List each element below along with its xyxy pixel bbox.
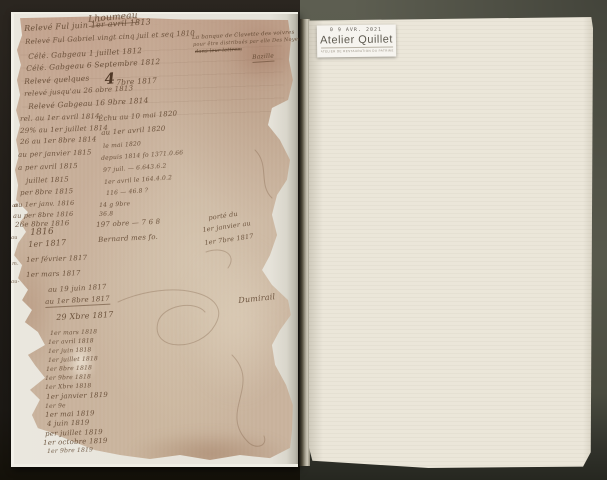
- handwriting-line: Bazille: [252, 53, 274, 63]
- archival-photo: LhoumeauRelevé Ful juin 1er avril 1813Re…: [0, 0, 607, 480]
- restoration-label: 0 9 AVR. 2021 Atelier Quillet ATELIER DE…: [317, 24, 396, 57]
- handwriting-line: 1816: [30, 228, 54, 238]
- handwriting-line: 4 juin 1819: [47, 420, 90, 428]
- handwriting-line: 36.8: [99, 211, 113, 218]
- handwriting-line: an: [12, 204, 19, 209]
- blank-right-page: [309, 17, 593, 468]
- studio-name: Atelier Quillet: [320, 33, 393, 46]
- handwriting-line: 1er 9e: [45, 403, 66, 410]
- handwriting-line: m.: [12, 262, 19, 267]
- date-stamp: 0 9 AVR. 2021: [330, 27, 382, 33]
- handwriting-line: au-: [11, 280, 20, 285]
- paper-stain: [128, 430, 293, 478]
- handwriting-line: juillet 1815: [26, 177, 69, 185]
- handwriting-line: au: [11, 236, 18, 241]
- page-edge-stack: [299, 19, 310, 466]
- handwriting-line: au per 8bre 1816: [13, 211, 74, 220]
- handwriting-line: au 1er janv. 1816: [14, 200, 75, 209]
- studio-tagline: ATELIER DE RESTAURATION DU PATRIMOINE EC…: [321, 46, 393, 53]
